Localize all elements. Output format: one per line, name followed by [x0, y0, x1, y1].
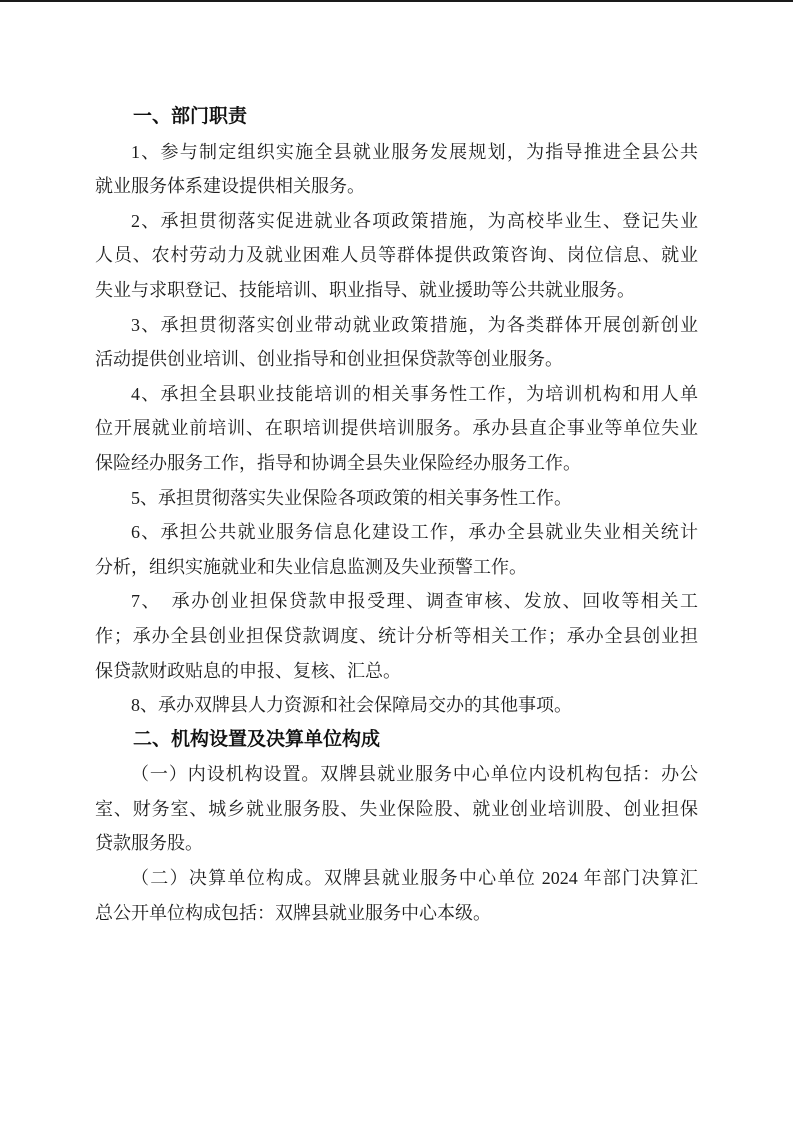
- heading-text: 一、部门职责: [95, 100, 698, 135]
- page-top-edge-line: [0, 0, 793, 2]
- text-line: 5、承担贯彻落实失业保险各项政策的相关事务性工作。: [95, 481, 698, 516]
- para-duty-6: 6、承担公共就业服务信息化建设工作，承办全县就业失业相关统计分析，组织实施就业和…: [95, 515, 698, 584]
- text-line: 4、承担全县职业技能培训的相关事务性工作，为培训机构和用人单: [95, 377, 698, 412]
- para-duty-5: 5、承担贯彻落实失业保险各项政策的相关事务性工作。: [95, 481, 698, 516]
- text-line: 室、财务室、城乡就业服务股、失业保险股、就业创业培训股、创业担保: [95, 792, 698, 827]
- text-line: 保险经办服务工作，指导和协调全县失业保险经办服务工作。: [95, 446, 698, 481]
- text-line: 3、承担贯彻落实创业带动就业政策措施，为各类群体开展创新创业: [95, 308, 698, 343]
- text-line: 保贷款财政贴息的申报、复核、汇总。: [95, 654, 698, 689]
- para-duty-7: 7、 承办创业担保贷款申报受理、调查审核、发放、回收等相关工作；承办全县创业担保…: [95, 584, 698, 688]
- text-line: 人员、农村劳动力及就业困难人员等群体提供政策咨询、岗位信息、就业: [95, 238, 698, 273]
- text-line: 位开展就业前培训、在职培训提供培训服务。承办县直企事业等单位失业: [95, 411, 698, 446]
- para-duty-8: 8、承办双牌县人力资源和社会保障局交办的其他事项。: [95, 688, 698, 723]
- text-line: 就业服务体系建设提供相关服务。: [95, 169, 698, 204]
- para-structure-1: （一）内设机构设置。双牌县就业服务中心单位内设机构包括：办公室、财务室、城乡就业…: [95, 757, 698, 861]
- document-body: 一、部门职责1、参与制定组织实施全县就业服务发展规划，为指导推进全县公共就业服务…: [95, 100, 698, 930]
- para-duty-2: 2、承担贯彻落实促进就业各项政策措施，为高校毕业生、登记失业人员、农村劳动力及就…: [95, 204, 698, 308]
- text-line: 8、承办双牌县人力资源和社会保障局交办的其他事项。: [95, 688, 698, 723]
- document-page: 一、部门职责1、参与制定组织实施全县就业服务发展规划，为指导推进全县公共就业服务…: [0, 0, 793, 1122]
- text-line: 分析，组织实施就业和失业信息监测及失业预警工作。: [95, 550, 698, 585]
- text-line: 贷款服务股。: [95, 826, 698, 861]
- text-line: （一）内设机构设置。双牌县就业服务中心单位内设机构包括：办公: [95, 757, 698, 792]
- text-line: 作；承办全县创业担保贷款调度、统计分析等相关工作；承办全县创业担: [95, 619, 698, 654]
- para-duty-4: 4、承担全县职业技能培训的相关事务性工作，为培训机构和用人单位开展就业前培训、在…: [95, 377, 698, 481]
- text-line: 1、参与制定组织实施全县就业服务发展规划，为指导推进全县公共: [95, 135, 698, 170]
- section-heading-duties: 一、部门职责: [95, 100, 698, 135]
- text-line: 活动提供创业培训、创业指导和创业担保贷款等创业服务。: [95, 342, 698, 377]
- text-line: 2、承担贯彻落实促进就业各项政策措施，为高校毕业生、登记失业: [95, 204, 698, 239]
- para-duty-3: 3、承担贯彻落实创业带动就业政策措施，为各类群体开展创新创业活动提供创业培训、创…: [95, 308, 698, 377]
- text-line: 7、 承办创业担保贷款申报受理、调查审核、发放、回收等相关工: [95, 584, 698, 619]
- para-structure-2: （二）决算单位构成。双牌县就业服务中心单位 2024 年部门决算汇总公开单位构成…: [95, 861, 698, 930]
- section-heading-structure: 二、机构设置及决算单位构成: [95, 723, 698, 758]
- heading-text: 二、机构设置及决算单位构成: [95, 723, 698, 758]
- text-line: （二）决算单位构成。双牌县就业服务中心单位 2024 年部门决算汇: [95, 861, 698, 896]
- para-duty-1: 1、参与制定组织实施全县就业服务发展规划，为指导推进全县公共就业服务体系建设提供…: [95, 135, 698, 204]
- text-line: 6、承担公共就业服务信息化建设工作，承办全县就业失业相关统计: [95, 515, 698, 550]
- text-line: 总公开单位构成包括：双牌县就业服务中心本级。: [95, 896, 698, 931]
- text-line: 失业与求职登记、技能培训、职业指导、就业援助等公共就业服务。: [95, 273, 698, 308]
